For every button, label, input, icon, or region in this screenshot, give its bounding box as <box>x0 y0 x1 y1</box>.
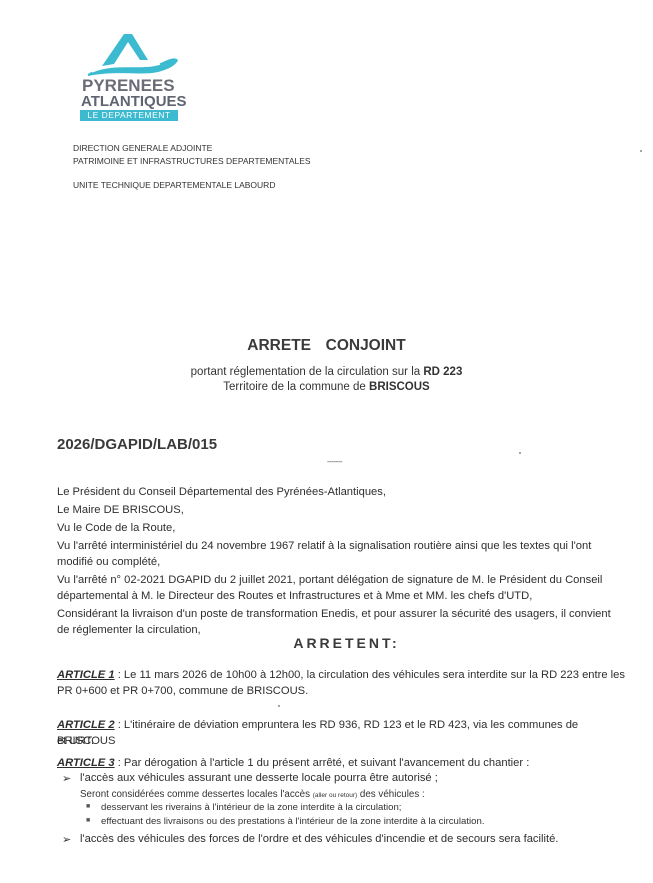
decision-heading: ARRETENT: <box>0 635 653 651</box>
article-3-sub-item: effectuant des livraisons ou des prestat… <box>101 816 485 827</box>
unit-name: UNITE TECHNIQUE DEPARTEMENTALE LABOURD <box>73 179 275 192</box>
preamble-line: Le Maire DE BRISCOUS, <box>57 502 627 518</box>
logo-text-departement: LE DEPARTEMENT <box>80 110 178 121</box>
article-3: ARTICLE 3 : Par dérogation à l'article 1… <box>57 755 627 771</box>
preamble-line: Vu le Code de la Route, <box>57 520 627 536</box>
article-3-bullet-2: l'accès des véhicules des forces de l'or… <box>80 833 558 845</box>
direction-line-1: DIRECTION GENERALE ADJOINTE <box>73 142 212 155</box>
preamble-line: Vu l'arrêté n° 02-2021 DGAPID du 2 juill… <box>57 572 627 588</box>
article-2-label: ARTICLE 2 <box>57 719 115 731</box>
preamble-line: Considérant la livraison d'un poste de t… <box>57 606 627 622</box>
preamble-line: Vu l'arrêté interministériel du 24 novem… <box>57 538 627 554</box>
article-3-label: ARTICLE 3 <box>57 757 115 769</box>
square-bullet-icon: ■ <box>86 803 90 810</box>
article-1: ARTICLE 1 : Le 11 mars 2026 de 10h00 à 1… <box>57 667 627 683</box>
article-3-sub-item: desservant les riverains à l'intérieur d… <box>101 802 401 813</box>
article-1-text: : Le 11 mars 2026 de 10h00 à 12h00, la c… <box>115 669 625 681</box>
article-3-bullet-1: l'accès aux véhicules assurant une desse… <box>80 772 438 784</box>
mountain-wave-icon <box>80 30 190 80</box>
note-small: (aller ou retour) <box>313 792 357 799</box>
note-prefix: Seront considérées comme dessertes local… <box>80 789 313 800</box>
subtitle-1-road: RD 223 <box>423 366 462 378</box>
document-title: ARRETE CONJOINT <box>0 337 653 355</box>
preamble-line: modifié ou complété, <box>57 554 627 570</box>
decree-reference: 2026/DGAPID/LAB/015 <box>57 436 217 453</box>
department-logo: PYRENEES ATLANTIQUES LE DEPARTEMENT <box>80 30 190 120</box>
document-subtitle-1: portant réglementation de la circulation… <box>0 366 653 378</box>
note-suffix: des véhicules : <box>357 789 425 800</box>
document-subtitle-2: Territoire de la commune de BRISCOUS <box>0 381 653 393</box>
article-3-note: Seront considérées comme dessertes local… <box>80 789 425 800</box>
square-bullet-icon: ■ <box>86 817 90 824</box>
subtitle-1-text: portant réglementation de la circulation… <box>191 366 424 378</box>
arrow-bullet-icon: ➢ <box>62 833 71 846</box>
arrow-bullet-icon: ➢ <box>62 772 71 785</box>
preamble-line: départemental à M. le Directeur des Rout… <box>57 588 627 604</box>
scan-speck <box>278 705 280 707</box>
subtitle-2-text: Territoire de la commune de <box>223 381 369 393</box>
subtitle-2-commune: BRISCOUS <box>369 381 430 393</box>
scan-speck <box>640 150 642 152</box>
article-1-continued: PR 0+600 et PR 0+700, commune de BRISCOU… <box>57 683 627 699</box>
separator: ------- <box>327 457 342 466</box>
article-2-continued: et URT. <box>57 733 627 749</box>
preamble-line: Le Président du Conseil Départemental de… <box>57 484 627 500</box>
scan-speck <box>519 452 521 454</box>
direction-line-2: PATRIMOINE ET INFRASTRUCTURES DEPARTEMEN… <box>73 155 311 168</box>
article-1-label: ARTICLE 1 <box>57 669 115 681</box>
logo-text-atlantiques: ATLANTIQUES <box>81 93 187 110</box>
article-3-text: : Par dérogation à l'article 1 du présen… <box>115 757 530 769</box>
